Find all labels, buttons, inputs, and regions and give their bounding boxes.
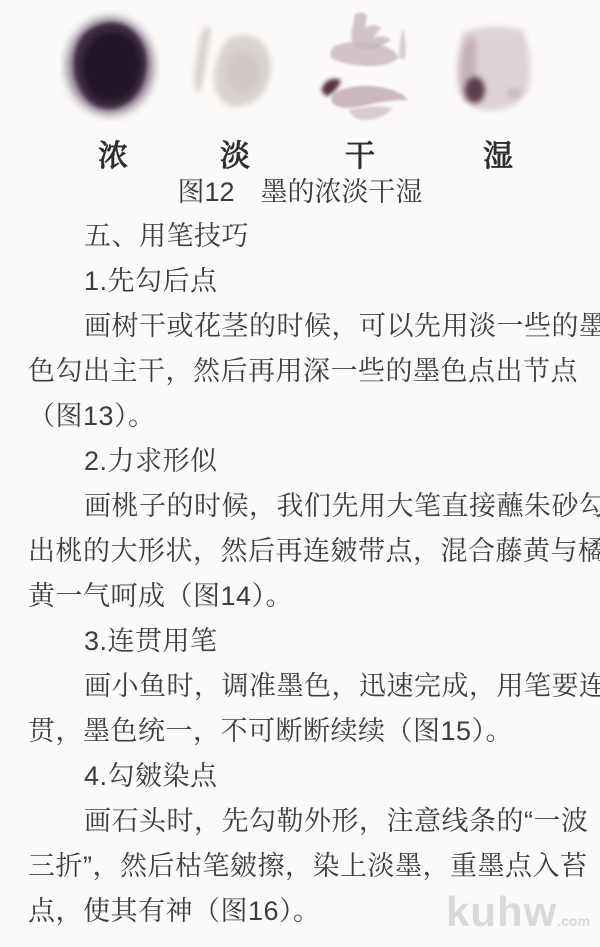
ink-label-concentrated: 浓 (93, 131, 133, 175)
subsection-title: 2.力求形似 (28, 439, 588, 484)
ink-figure: 浓 淡 干 湿 图12墨的浓淡干湿 (0, 0, 600, 210)
subsection-title: 3.连贯用笔 (28, 619, 588, 664)
figure-caption: 图12墨的浓淡干湿 (0, 170, 600, 209)
document-page: 浓 淡 干 湿 图12墨的浓淡干湿 五、用笔技巧 1.先勾后点 画树干或花茎的时… (0, 0, 600, 947)
text-line: 色勾出主干，然后再用深一些的墨色点出节点 (28, 349, 588, 394)
body-text: 五、用笔技巧 1.先勾后点 画树干或花茎的时候，可以先用淡一些的墨 色勾出主干，… (28, 214, 588, 934)
figure-caption-text: 墨的浓淡干湿 (261, 177, 423, 207)
site-watermark: kuhw.com (446, 894, 590, 939)
dry-ink-blob (315, 8, 420, 133)
text-line: 黄一气呵成（图14）。 (28, 574, 588, 619)
subsection-title: 4.勾皴染点 (28, 754, 588, 799)
text-line: 贯，墨色统一，不可断断续续（图15）。 (28, 709, 588, 754)
text-line: 画树干或花茎的时候，可以先用淡一些的墨 (28, 304, 588, 349)
wet-ink-blob (445, 20, 540, 120)
section-heading: 五、用笔技巧 (28, 214, 588, 259)
text-line: 画小鱼时，调准墨色，迅速完成，用笔要连 (28, 664, 588, 709)
ink-label-wet: 湿 (478, 131, 518, 175)
text-line: （图13）。 (28, 394, 588, 439)
watermark-brand: kuhw (446, 888, 557, 935)
ink-label-light: 淡 (215, 131, 255, 175)
text-line: 画桃子的时候，我们先用大笔直接蘸朱砂勾 (28, 484, 588, 529)
text-line: 画石头时，先勾勒外形，注意线条的“一波 (28, 799, 588, 844)
figure-caption-number: 图12 (177, 177, 234, 207)
concentrated-ink-blob (60, 10, 160, 122)
watermark-suffix: .com (557, 913, 590, 929)
light-ink-blob (185, 20, 280, 120)
subsection-title: 1.先勾后点 (28, 259, 588, 304)
text-line: 三折”，然后枯笔皴擦，染上淡墨，重墨点入苔 (28, 844, 588, 889)
text-line: 出桃的大形状，然后再连皴带点，混合藤黄与橘 (28, 529, 588, 574)
ink-label-dry: 干 (340, 131, 380, 175)
